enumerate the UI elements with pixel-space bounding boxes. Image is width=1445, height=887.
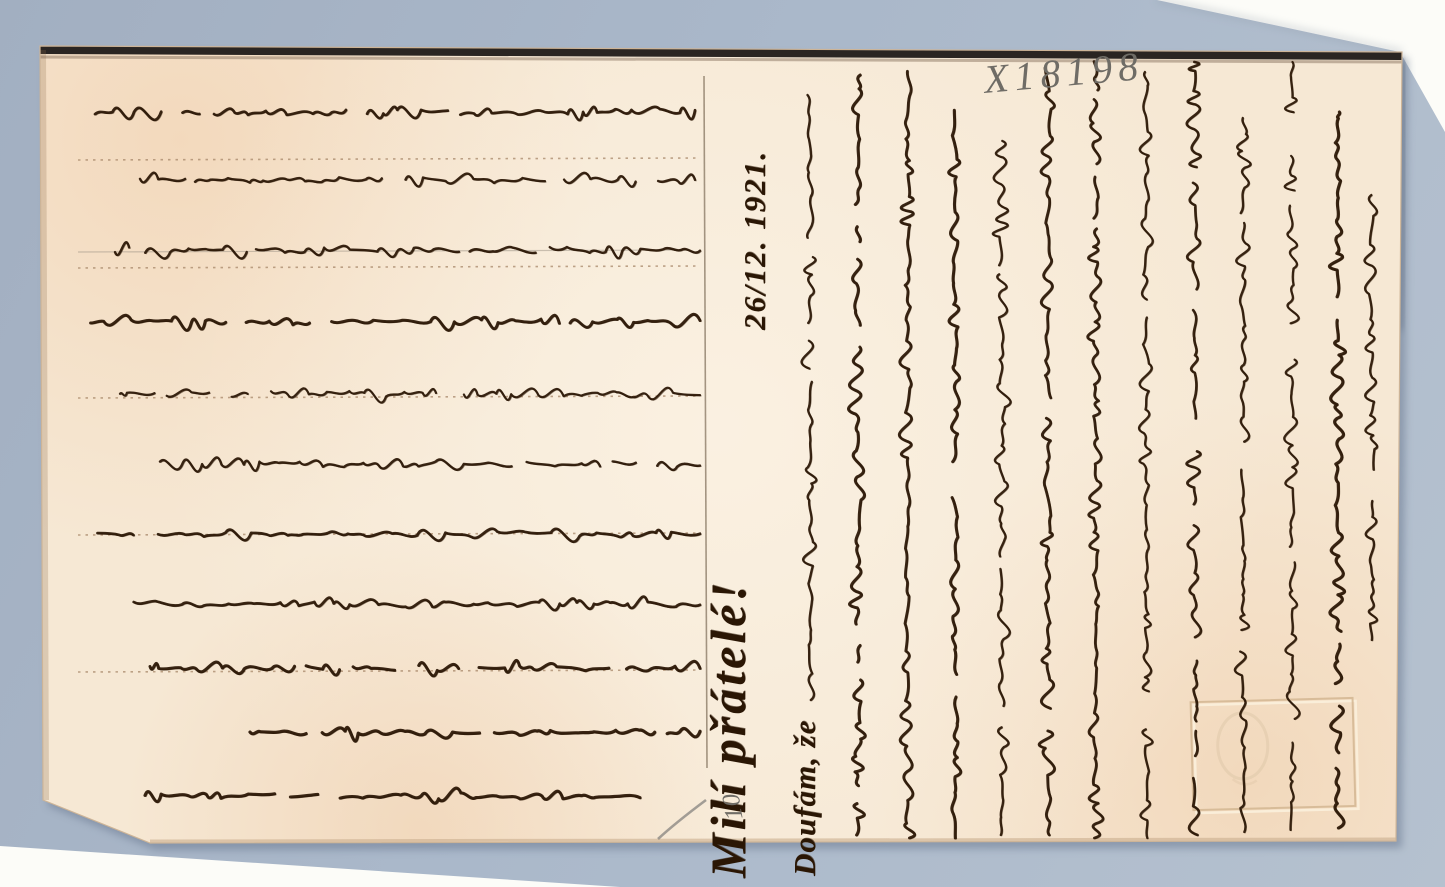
postcard-date: 26/12. 1921.	[737, 150, 773, 330]
postcard-message-start: Doufám, že	[787, 720, 823, 876]
card-top-edge-shadow	[40, 49, 1402, 55]
card-bottom-edge-shade	[150, 839, 1396, 841]
postcard-scan: 26/12. 1921. Milí přátelé! Doufám, že X1…	[0, 0, 1445, 887]
white-paper-wedge-bottom-left	[0, 846, 620, 887]
postcard-greeting: Milí přátelé!	[699, 579, 757, 878]
pencil-number: 10	[717, 791, 749, 822]
card-left-edge-shade	[43, 50, 46, 800]
